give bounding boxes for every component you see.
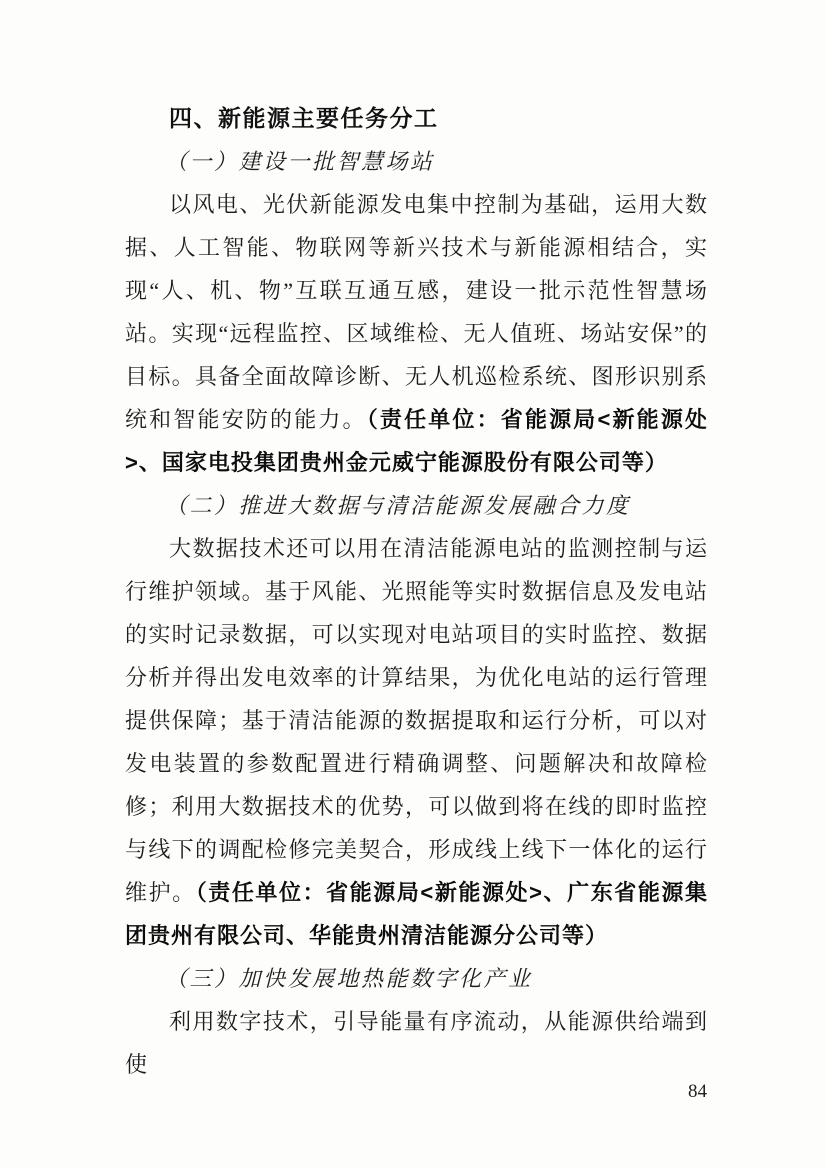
- paragraph-1-text: 以风电、光伏新能源发电集中控制为基础，运用大数据、人工智能、物联网等新兴技术与新…: [125, 192, 708, 432]
- subsection-heading-2: （二）推进大数据与清洁能源发展融合力度: [125, 484, 708, 527]
- subsection-heading-1: （一）建设一批智慧场站: [125, 140, 708, 183]
- paragraph-3: 利用数字技术，引导能量有序流动，从能源供给端到使: [125, 1000, 708, 1086]
- section-heading: 四、新能源主要任务分工: [125, 97, 708, 140]
- paragraph-2-responsible-unit: （责任单位：省能源局<新能源处>、广东省能源集团贵州有限公司、华能贵州清洁能源分…: [125, 880, 708, 948]
- page-number: 84: [688, 1079, 707, 1105]
- document-content: 四、新能源主要任务分工 （一）建设一批智慧场站 以风电、光伏新能源发电集中控制为…: [125, 97, 708, 1086]
- document-page: 四、新能源主要任务分工 （一）建设一批智慧场站 以风电、光伏新能源发电集中控制为…: [0, 0, 826, 1169]
- paragraph-1: 以风电、光伏新能源发电集中控制为基础，运用大数据、人工智能、物联网等新兴技术与新…: [125, 183, 708, 484]
- subsection-heading-3: （三）加快发展地热能数字化产业: [125, 957, 708, 1000]
- paragraph-2: 大数据技术还可以用在清洁能源电站的监测控制与运行维护领域。基于风能、光照能等实时…: [125, 527, 708, 957]
- paragraph-3-text: 利用数字技术，引导能量有序流动，从能源供给端到使: [125, 1009, 708, 1077]
- paragraph-2-text: 大数据技术还可以用在清洁能源电站的监测控制与运行维护领域。基于风能、光照能等实时…: [125, 536, 708, 905]
